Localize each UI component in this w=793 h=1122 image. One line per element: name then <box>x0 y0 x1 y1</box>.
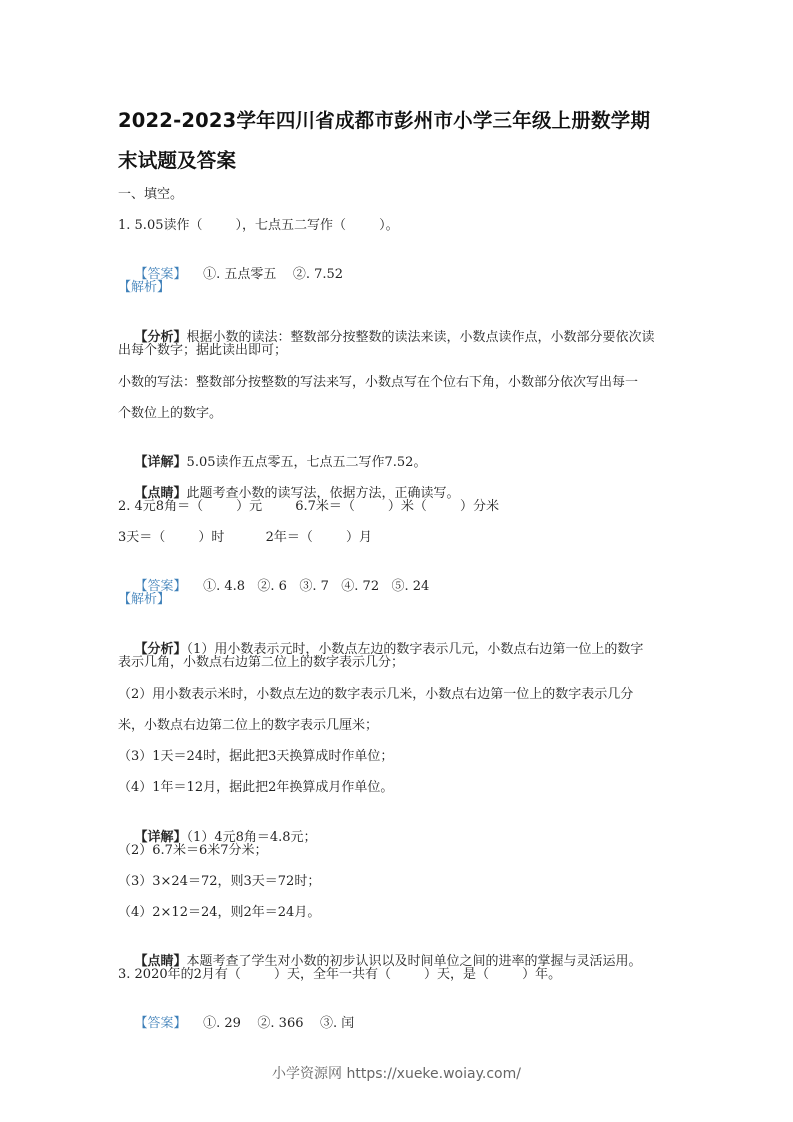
question-3: 3. 2020年的2月有（ ）天，全年一共有（ ）天，是（ ）年。 <box>118 966 561 984</box>
section-heading: 一、填空。 <box>118 186 183 204</box>
q2-fenxi-line-4: 米，小数点右边第二位上的数字表示几厘米； <box>118 717 378 735</box>
answer-label: 【答案】 <box>135 1016 187 1031</box>
q1-fenxi-line-2: 出每个数字；据此读出即可； <box>118 342 287 360</box>
answer-values: ①. 五点零五 ②. 7.52 <box>187 267 344 282</box>
answer-values: ①. 4.8 ②. 6 ③. 7 ④. 72 ⑤. 24 <box>187 579 430 594</box>
footer-watermark: 小学资源网 https://xueke.woiay.com/ <box>0 1063 793 1083</box>
question-2-line-1: 2. 4元8角＝（ ）元 6.7米＝（ ）米（ ）分米 <box>118 498 499 516</box>
q2-fenxi-line-5: （3）1天＝24时，据此把3天换算成时作单位； <box>118 748 393 766</box>
q1-fenxi-line-3: 小数的写法：整数部分按整数的写法来写，小数点写在个位右下角，小数部分依次写出每一 <box>118 374 638 392</box>
q2-xiangjie-line-4: （4）2×12＝24，则2年＝24月。 <box>118 904 320 922</box>
analysis-label: 【解析】 <box>118 279 170 297</box>
q2-xiangjie-line-2: （2）6.7米＝6米7分米； <box>118 842 268 860</box>
q2-fenxi-line-6: （4）1年＝12月，据此把2年换算成月作单位。 <box>118 779 393 797</box>
question-1: 1. 5.05读作（ ），七点五二写作（ ）。 <box>118 217 399 235</box>
answer-values: ①. 29 ②. 366 ③. 闰 <box>187 1016 355 1031</box>
q1-fenxi-line-4: 个数位上的数字。 <box>118 405 222 423</box>
q2-fenxi-line-3: （2）用小数表示米时，小数点左边的数字表示几米，小数点右边第一位上的数字表示几分 <box>118 686 633 704</box>
q3-answer-row: 【答案】 ①. 29 ②. 366 ③. 闰 <box>118 997 354 1051</box>
document-title-line-2: 末试题及答案 <box>118 138 688 184</box>
analysis-label: 【解析】 <box>118 591 170 609</box>
q2-fenxi-line-2: 表示几角，小数点右边第二位上的数字表示几分； <box>118 654 404 672</box>
q2-xiangjie-line-3: （3）3×24＝72，则3天＝72时； <box>118 873 320 891</box>
question-2-line-2: 3天＝（ ）时 2年＝（ ）月 <box>118 529 372 547</box>
